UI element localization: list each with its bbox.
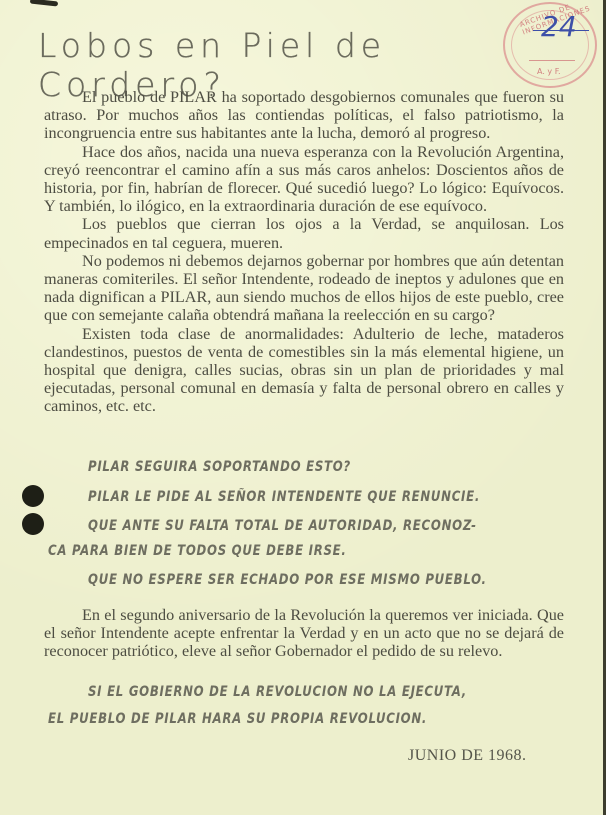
paragraph: En el segundo aniversario de la Revoluci… <box>44 606 564 661</box>
stamp-bottom-text: A. y F. <box>537 67 561 76</box>
slogan-line: QUE ANTE SU FALTA TOTAL DE AUTORIDAD, RE… <box>88 518 477 534</box>
slogan-line: PILAR SEGUIRA SOPORTANDO ESTO? <box>88 459 351 475</box>
body-paragraphs-1: El pueblo de PILAR ha soportado desgobie… <box>44 88 564 416</box>
archive-stamp: ARCHIVO DE INFORMACIONES A. y F. 24 <box>503 2 597 88</box>
closing-line: EL PUEBLO DE PILAR HARA SU PROPIA REVOLU… <box>48 711 427 727</box>
bullet-dot-icon <box>22 485 44 507</box>
handwritten-strike <box>533 30 589 31</box>
handwritten-number: 24 <box>541 10 577 43</box>
paragraph: Hace dos años, nacida una nueva esperanz… <box>44 143 564 216</box>
body-paragraphs-2: En el segundo aniversario de la Revoluci… <box>44 606 564 661</box>
ink-mark <box>30 0 58 6</box>
stamp-line <box>529 60 575 61</box>
document-date: JUNIO DE 1968. <box>408 747 527 765</box>
bullet-dot-icon <box>22 513 44 535</box>
slogan-line: QUE NO ESPERE SER ECHADO POR ESE MISMO P… <box>88 572 487 588</box>
closing-line: SI EL GOBIERNO DE LA REVOLUCION NO LA EJ… <box>88 684 467 700</box>
slogan-line: PILAR LE PIDE AL SEÑOR INTENDENTE QUE RE… <box>88 489 480 505</box>
paragraph: Existen toda clase de anormalidades: Adu… <box>44 325 564 416</box>
paragraph: Los pueblos que cierran los ojos a la Ve… <box>44 215 564 251</box>
paragraph: El pueblo de PILAR ha soportado desgobie… <box>44 88 564 143</box>
slogan-line: CA PARA BIEN DE TODOS QUE DEBE IRSE. <box>48 543 347 559</box>
document-page: Lobos en Piel de Cordero? ARCHIVO DE INF… <box>0 0 606 815</box>
paragraph: No podemos ni debemos dejarnos gobernar … <box>44 252 564 325</box>
